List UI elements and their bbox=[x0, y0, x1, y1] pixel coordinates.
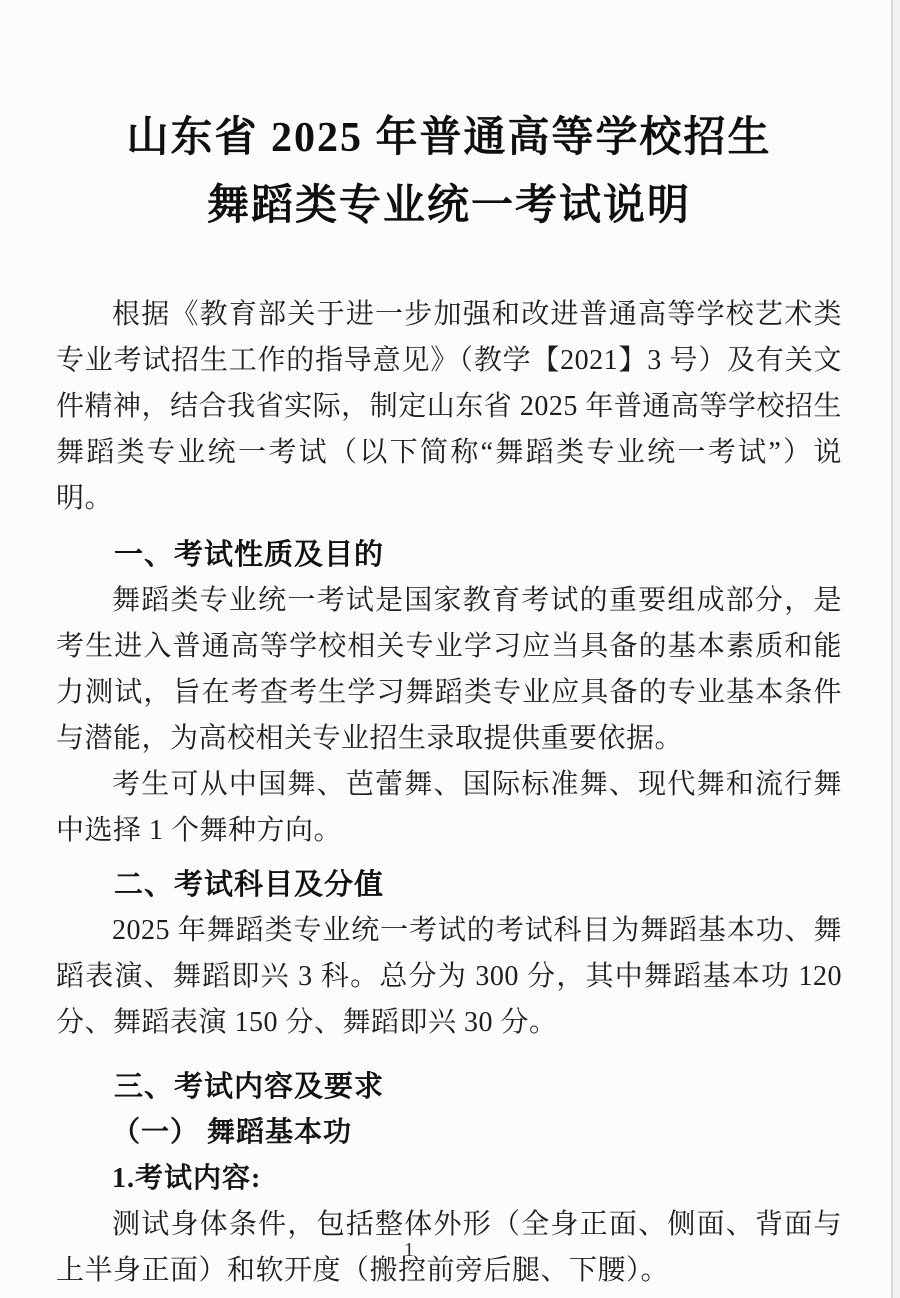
section-1-paragraph-1: 舞蹈类专业统一考试是国家教育考试的重要组成部分，是考生进入普通高等学校相关专业学… bbox=[56, 578, 842, 762]
document-title-line-1: 山东省 2025 年普通高等学校招生 bbox=[56, 104, 842, 172]
section-1-paragraph-2: 考生可从中国舞、芭蕾舞、国际标准舞、现代舞和流行舞中选择 1 个舞种方向。 bbox=[56, 762, 842, 854]
document-title-line-2: 舞蹈类专业统一考试说明 bbox=[56, 172, 842, 240]
subsection-heading-dance-basics: （一） 舞蹈基本功 bbox=[56, 1110, 842, 1156]
scan-edge-line bbox=[891, 0, 893, 1298]
section-heading-2: 二、考试科目及分值 bbox=[56, 862, 842, 908]
item-heading-exam-content: 1.考试内容: bbox=[56, 1156, 842, 1202]
section-3-paragraph-1: 测试身体条件，包括整体外形（全身正面、侧面、背面与上半身正面）和软开度（搬控前旁… bbox=[56, 1202, 842, 1294]
document-page: 山东省 2025 年普通高等学校招生 舞蹈类专业统一考试说明 根据《教育部关于进… bbox=[0, 0, 900, 1298]
scan-edge-strip bbox=[893, 0, 900, 1298]
section-2-paragraph-1: 2025 年舞蹈类专业统一考试的考试科目为舞蹈基本功、舞蹈表演、舞蹈即兴 3 科… bbox=[56, 908, 842, 1046]
section-heading-3: 三、考试内容及要求 bbox=[56, 1064, 842, 1110]
document-content: 山东省 2025 年普通高等学校招生 舞蹈类专业统一考试说明 根据《教育部关于进… bbox=[0, 0, 900, 1294]
section-heading-1: 一、考试性质及目的 bbox=[56, 532, 842, 578]
intro-paragraph: 根据《教育部关于进一步加强和改进普通高等学校艺术类专业考试招生工作的指导意见》（… bbox=[56, 292, 842, 522]
page-number: 1 bbox=[404, 1238, 414, 1262]
document-title: 山东省 2025 年普通高等学校招生 舞蹈类专业统一考试说明 bbox=[56, 104, 842, 240]
